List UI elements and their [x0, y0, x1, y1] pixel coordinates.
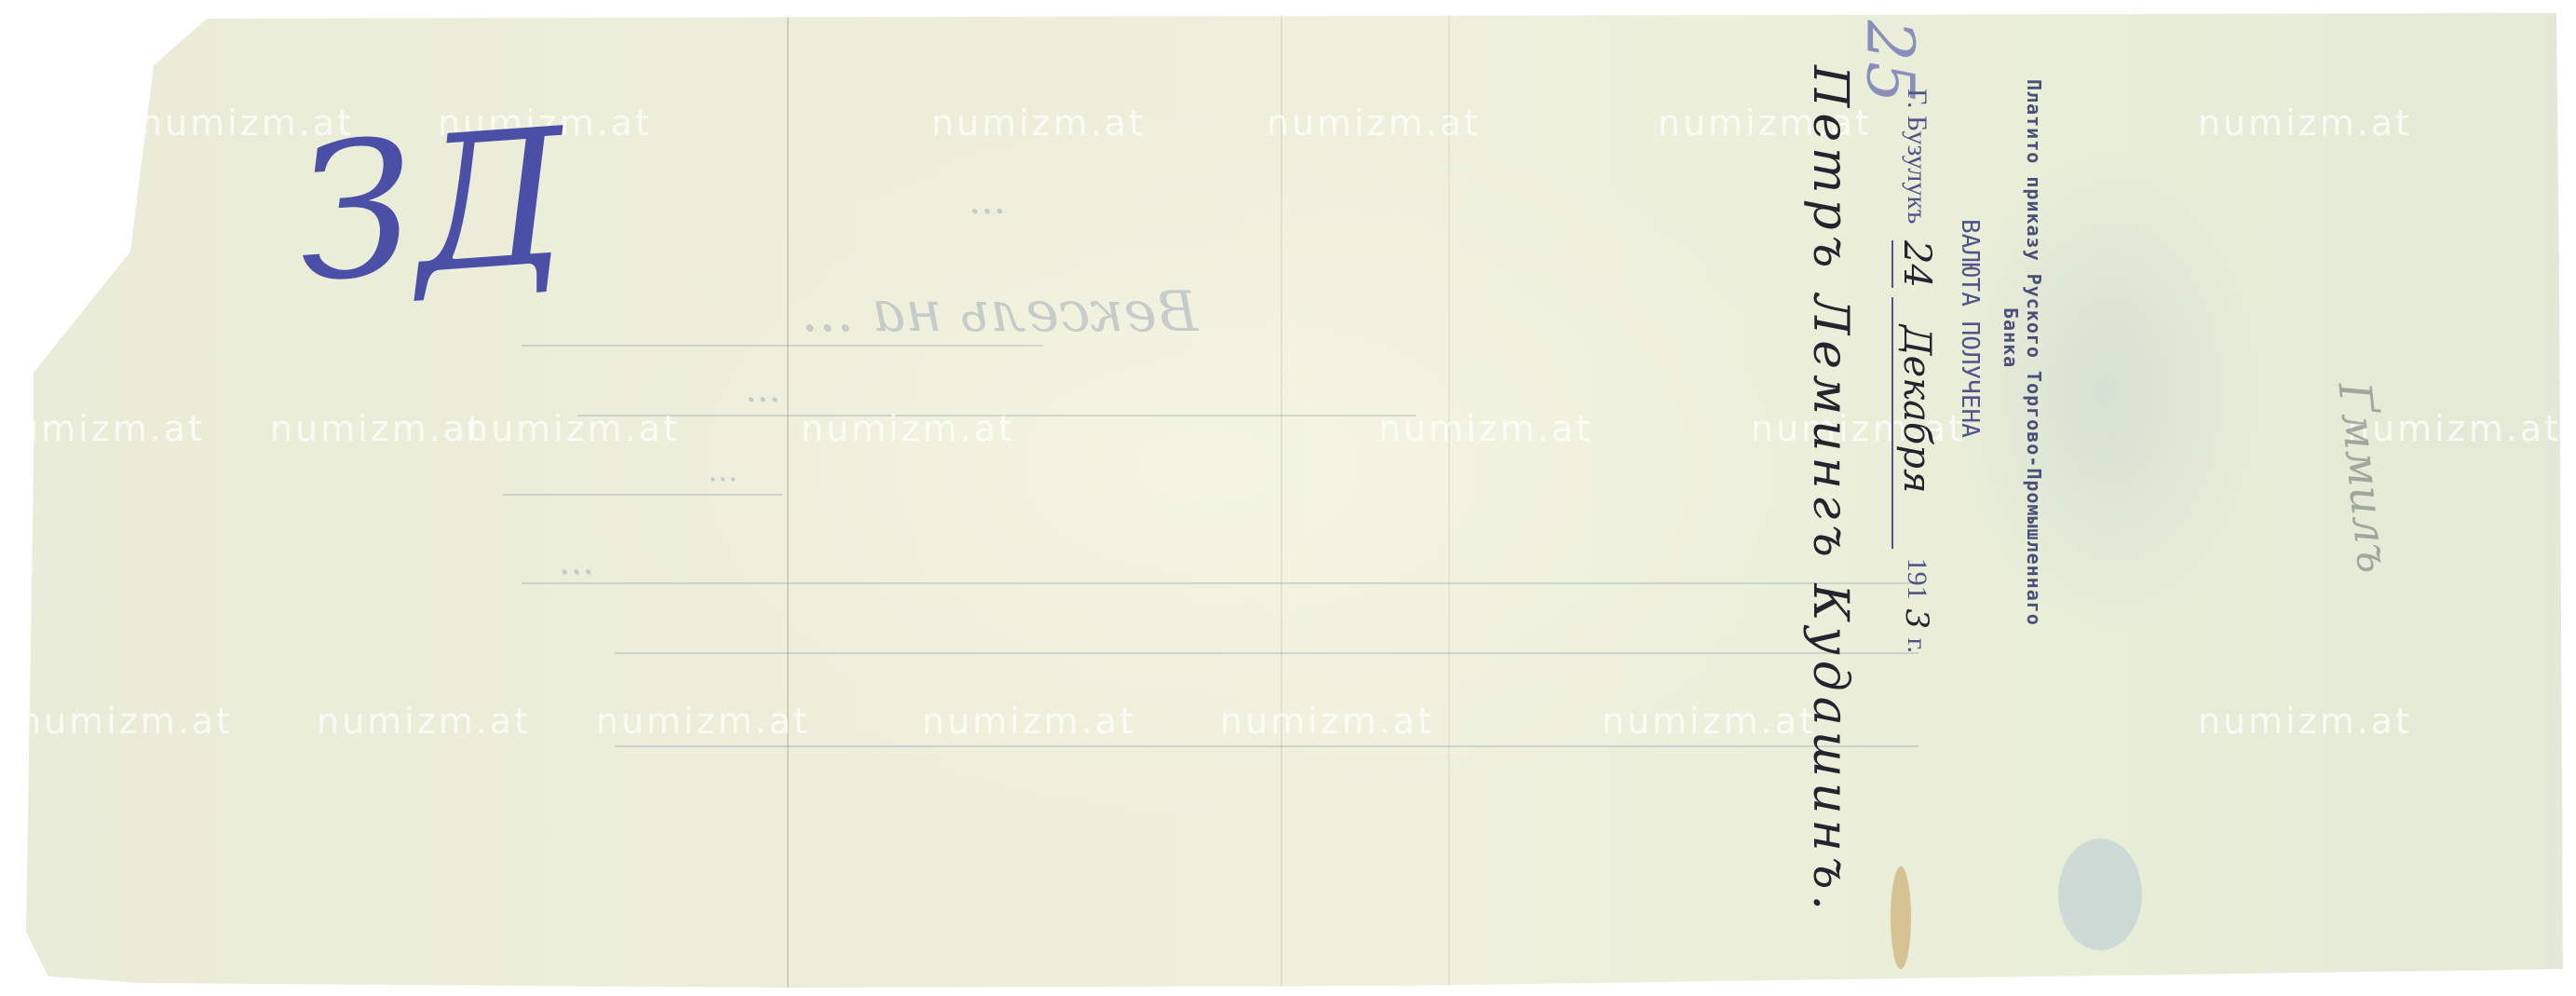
stamp-line-bank-2: Банка	[2000, 307, 2022, 368]
stamp-year-end: г.	[1902, 638, 1932, 653]
bleed-line	[522, 345, 1043, 347]
bleed-through-text: ...	[969, 177, 1006, 223]
watermark: numizm.at	[1378, 408, 1593, 449]
stamp-date-month: Декабря	[1891, 297, 1940, 549]
watermark: numizm.at	[0, 408, 205, 449]
stamp-year-suffix: 3	[1898, 608, 1935, 629]
watermark: numizm.at	[19, 701, 233, 742]
bleed-through-title: Вексель на ...	[801, 280, 1198, 345]
watermark: numizm.at	[1220, 701, 1434, 742]
watermark: numizm.at	[922, 701, 1136, 742]
blue-pencil-mark: ЗД	[291, 89, 573, 323]
watermark: numizm.at	[596, 701, 810, 742]
watermark: numizm.at	[801, 408, 1015, 449]
watermark: numizm.at	[931, 102, 1146, 143]
watermark: numizm.at	[2198, 102, 2412, 143]
watermark: numizm.at	[466, 408, 680, 449]
bleed-line	[615, 652, 1918, 654]
watermark: numizm.at	[1267, 102, 1481, 143]
stamp-place: Г. Бузулукъ	[1902, 89, 1932, 224]
stamp-year-prefix: 191	[1902, 558, 1932, 600]
bleed-through-text: ...	[559, 540, 594, 583]
bleed-through-text: ...	[745, 368, 780, 411]
watermark: numizm.at	[1602, 701, 1816, 742]
document-paper: ... Вексель на ... ... ... ... numizm.at…	[0, 0, 2576, 996]
stamp-date-day: 24	[1891, 240, 1940, 288]
bleed-line	[522, 582, 1918, 584]
watermark: numizm.at	[270, 408, 484, 449]
watermark: numizm.at	[317, 701, 531, 742]
watermark-row: numizm.at numizm.at numizm.at numizm.at …	[0, 408, 2576, 464]
handwritten-endorsement: Петръ Лемингъ Кудашинъ.	[1802, 65, 1858, 916]
stamp-line-bank: Платито приказу Руского Торгово-Промышле…	[2023, 79, 2045, 626]
stamp-place-date: Г. Бузулукъ 24 Декабря 191 3 г.	[1895, 89, 1938, 653]
ink-smudge	[2058, 839, 2142, 950]
bleed-line	[503, 494, 782, 496]
watermark-row: numizm.at numizm.at numizm.at numizm.at …	[0, 701, 2576, 757]
watermark: numizm.at	[2198, 701, 2412, 742]
stamp-currency-received: ВАЛЮТА ПОЛУЧЕНА	[1956, 219, 1984, 438]
stain	[1891, 866, 1911, 969]
